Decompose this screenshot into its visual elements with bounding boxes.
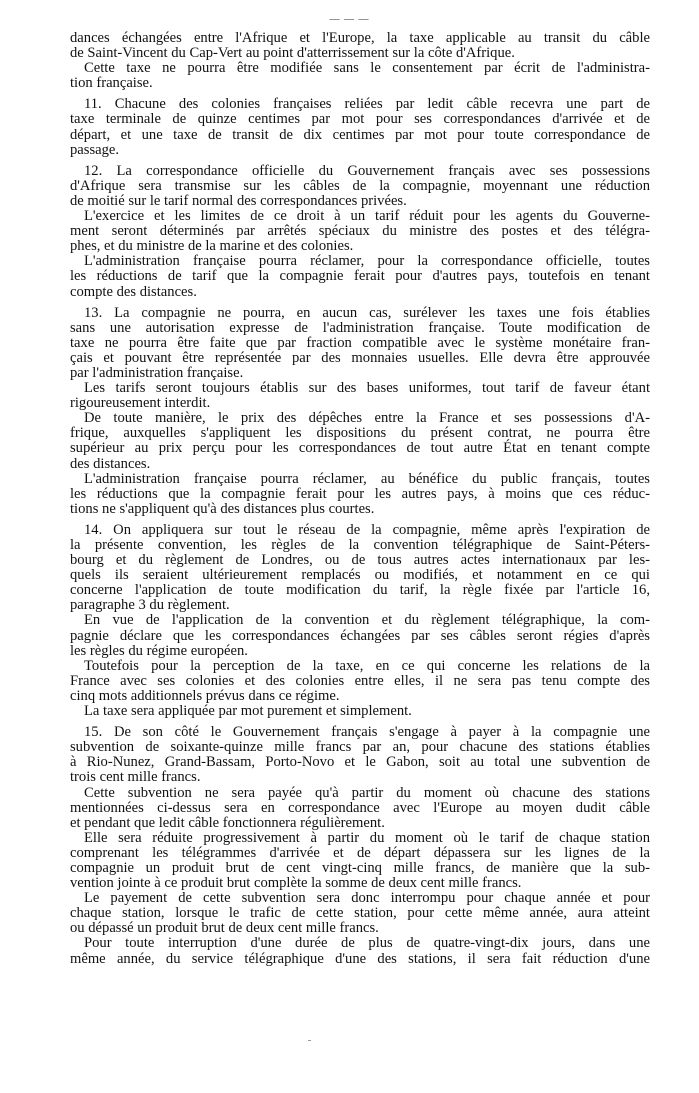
paragraph: dances échangées entre l'Afrique et l'Eu… [70,31,650,61]
text-line: par l'administration française. [70,366,650,381]
text-line: phes, et du ministre de la marine et des… [70,239,650,254]
text-line: supérieur au prix perçu pour les corresp… [70,441,650,456]
paragraph: L'administration française pourra réclam… [70,254,650,299]
text-line: comprenant les télégrammes d'arrivée et … [70,846,650,861]
text-line: quels ils seraient ultérieurement rempla… [70,568,650,583]
text-line: taxe terminale de quinze centimes par mo… [70,112,650,127]
text-line: pagnie déclare que les correspondances é… [70,629,650,644]
text-line: Pour toute interruption d'une durée de p… [70,936,650,951]
text-line: trois cent mille francs. [70,770,650,785]
text-line: compte des distances. [70,285,650,300]
text-line: subvention de soixante-quinze mille fran… [70,740,650,755]
text-line: d'Afrique sera transmise sur les câbles … [70,179,650,194]
paragraph: L'exercice et les limites de ce droit à … [70,209,650,254]
text-line: Le payement de cette subvention sera don… [70,891,650,906]
document-body: dances échangées entre l'Afrique et l'Eu… [70,31,650,967]
text-line: la présente convention, les règles de la… [70,538,650,553]
text-line: passage. [70,143,650,158]
paragraph: Le payement de cette subvention sera don… [70,891,650,936]
paragraph: La taxe sera appliquée par mot purement … [70,704,650,719]
paragraph: 15. De son côté le Gouvernement français… [70,725,650,785]
text-line: ou dépassé un produit brut de deux cent … [70,921,650,936]
paragraph: Cette subvention ne sera payée qu'à part… [70,786,650,831]
text-line: les règles du régime européen. [70,644,650,659]
text-line: rigoureusement interdit. [70,396,650,411]
text-line: vention jointe à ce produit brut complèt… [70,876,650,891]
text-line: bourg et du règlement de Londres, ou de … [70,553,650,568]
scan-mark [308,1040,311,1041]
text-line: chaque station, lorsque le trafic de cet… [70,906,650,921]
paragraph: L'administration française pourra réclam… [70,472,650,517]
text-line: compagnie un produit brut de cent vingt-… [70,861,650,876]
text-line: des distances. [70,457,650,472]
text-line: et pendant que ledit câble fonctionnera … [70,816,650,831]
paragraph: 12. La correspondance officielle du Gouv… [70,164,650,209]
paragraph: Elle sera réduite progressivement à part… [70,831,650,891]
document-page: — — — dances échangées entre l'Afrique e… [0,0,699,1093]
text-line: En vue de l'application de la convention… [70,613,650,628]
text-line: ment seront déterminés par arrêtés spéci… [70,224,650,239]
text-line: dances échangées entre l'Afrique et l'Eu… [70,31,650,46]
text-line: cinq mots additionnels prévus dans ce ré… [70,689,650,704]
text-line: La taxe sera appliquée par mot purement … [70,704,650,719]
text-line: de moitié sur le tarif normal des corres… [70,194,650,209]
text-line: à Rio-Nunez, Grand-Bassam, Porto-Novo et… [70,755,650,770]
text-line: sans une autorisation expresse de l'admi… [70,321,650,336]
text-line: France avec ses colonies et des colonies… [70,674,650,689]
paragraph: De toute manière, le prix des dépêches e… [70,411,650,471]
text-line: les réductions de tarif que la compagnie… [70,269,650,284]
text-line: L'administration française pourra réclam… [70,472,650,487]
paragraph: 13. La compagnie ne pourra, en aucun cas… [70,306,650,381]
text-line: çais et pouvant être représentée par des… [70,351,650,366]
text-line: tion française. [70,76,650,91]
text-line: 13. La compagnie ne pourra, en aucun cas… [70,306,650,321]
paragraph: Toutefois pour la perception de la taxe,… [70,659,650,704]
text-line: 14. On appliquera sur tout le réseau de … [70,523,650,538]
text-line: même année, du service télégraphique d'u… [70,952,650,967]
text-line: 11. Chacune des colonies françaises reli… [70,97,650,112]
text-line: De toute manière, le prix des dépêches e… [70,411,650,426]
text-line: taxe ne pourra être faite que par fracti… [70,336,650,351]
paragraph: 14. On appliquera sur tout le réseau de … [70,523,650,614]
text-line: L'exercice et les limites de ce droit à … [70,209,650,224]
text-line: concerne l'application de toute modifica… [70,583,650,598]
text-line: Cette taxe ne pourra être modifiée sans … [70,61,650,76]
text-line: les réductions que la compagnie ferait p… [70,487,650,502]
text-line: de Saint-Vincent du Cap-Vert au point d'… [70,46,650,61]
paragraph: Les tarifs seront toujours établis sur d… [70,381,650,411]
paragraph: Cette taxe ne pourra être modifiée sans … [70,61,650,91]
text-line: paragraphe 3 du règlement. [70,598,650,613]
text-line: Les tarifs seront toujours établis sur d… [70,381,650,396]
text-line: tions ne s'appliquent qu'à des distances… [70,502,650,517]
text-line: 15. De son côté le Gouvernement français… [70,725,650,740]
paragraph: Pour toute interruption d'une durée de p… [70,936,650,966]
paragraph: 11. Chacune des colonies françaises reli… [70,97,650,157]
paragraph: En vue de l'application de la convention… [70,613,650,658]
page-folio: — — — [0,14,699,25]
text-line: Elle sera réduite progressivement à part… [70,831,650,846]
text-line: L'administration française pourra réclam… [70,254,650,269]
text-line: mentionnées ci-dessus sera en correspond… [70,801,650,816]
text-line: Toutefois pour la perception de la taxe,… [70,659,650,674]
text-line: Cette subvention ne sera payée qu'à part… [70,786,650,801]
text-line: départ, et une taxe de transit de dix ce… [70,128,650,143]
text-line: 12. La correspondance officielle du Gouv… [70,164,650,179]
